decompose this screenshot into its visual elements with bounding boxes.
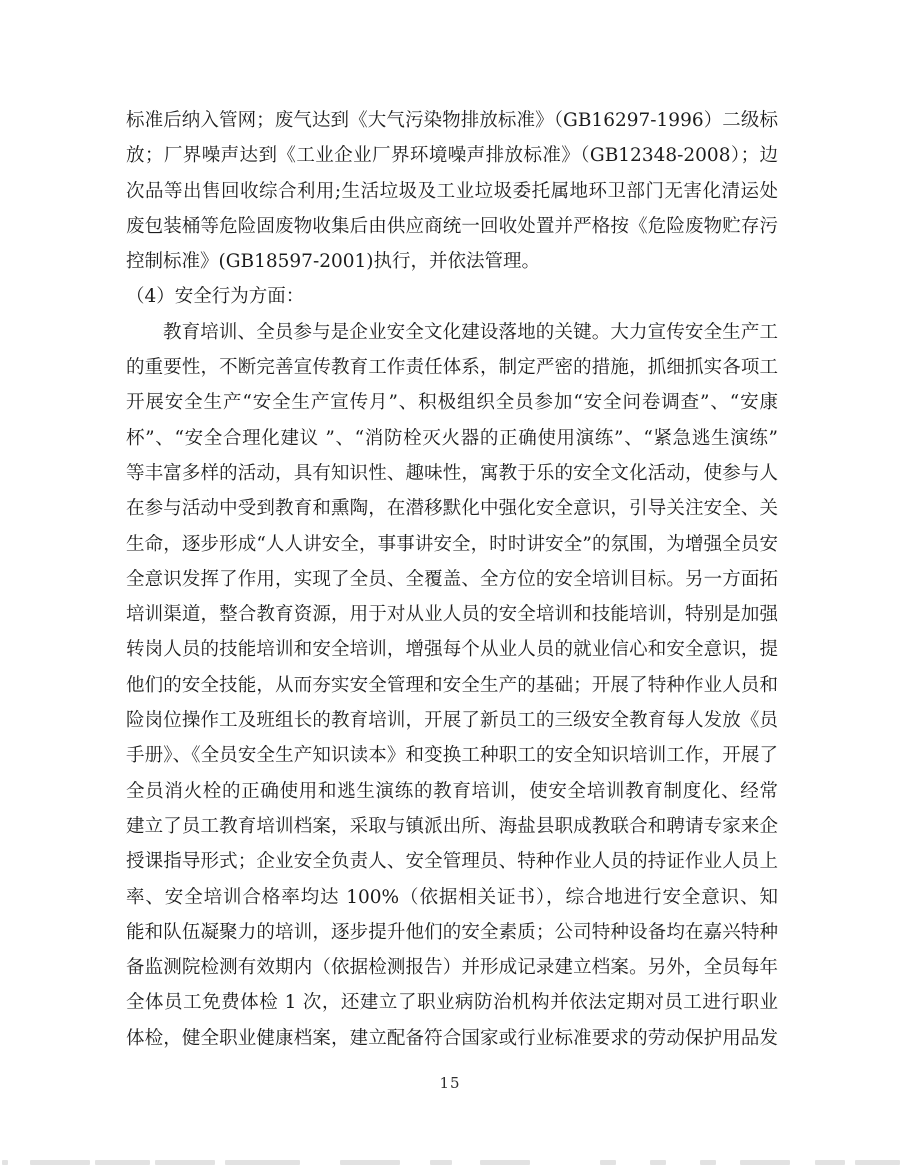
- text-line: 手册》、《全员安全生产知识读本》和变换工种职工的安全知识培训工作，开展了: [126, 738, 778, 773]
- text-line: 建立了员工教育培训档案，采取与镇派出所、海盐县职成教联合和聘请专家来企业: [126, 809, 778, 844]
- text-line: 等丰富多样的活动，具有知识性、趣味性，寓教于乐的安全文化活动，使参与人员: [126, 456, 778, 491]
- text-line: 开展安全生产“安全生产宣传月”、积极组织全员参加“安全问卷调查”、“安康: [126, 385, 778, 420]
- text-line: 生命，逐步形成“人人讲安全，事事讲安全，时时讲安全”的氛围，为增强全员安: [126, 527, 778, 562]
- text-line: 率、安全培训合格率均达 100%（依据相关证书），综合地进行安全意识、知识、技: [126, 880, 778, 915]
- text-line: 能和队伍凝聚力的培训，逐步提升他们的安全素质；公司特种设备均在嘉兴特种设: [126, 915, 778, 950]
- text-line: 授课指导形式；企业安全负责人、安全管理员、特种作业人员的持证作业人员上岗: [126, 844, 778, 879]
- text-line: 废包装桶等危险固废物收集后由供应商统一回收处置并严格按《危险废物贮存污染: [126, 209, 778, 244]
- text-line: 转岗人员的技能培训和安全培训，增强每个从业人员的就业信心和安全意识，提高: [126, 632, 778, 667]
- text-line: 教育培训、全员参与是企业安全文化建设落地的关键。大力宣传安全生产工作: [126, 315, 778, 350]
- text-line: 在参与活动中受到教育和熏陶，在潜移默化中强化安全意识，引导关注安全、关爱: [126, 491, 778, 526]
- text-line: 的重要性，不断完善宣传教育工作责任体系，制定严密的措施，抓细抓实各项工作，: [126, 350, 778, 385]
- text-line: 标准后纳入管网；废气达到《大气污染物排放标准》（GB16297-1996）二级标…: [126, 103, 778, 138]
- scan-artifact: [0, 1159, 900, 1165]
- text-line: 全体员工免费体检 1 次，还建立了职业病防治机构并依法定期对员工进行职业健康: [126, 985, 778, 1020]
- text-line: 他们的安全技能，从而夯实安全管理和安全生产的基础；开展了特种作业人员和危: [126, 668, 778, 703]
- text-line: 次品等出售回收综合利用;生活垃圾及工业垃圾委托属地环卫部门无害化清运处置。: [126, 174, 778, 209]
- text-line: 备监测院检测有效期内（依据检测报告）并形成记录建立档案。另外，全员每年为: [126, 950, 778, 985]
- text-line: 控制标准》(GB18597-2001)执行，并依法管理。: [126, 244, 778, 279]
- text-line: 全意识发挥了作用，实现了全员、全覆盖、全方位的安全培训目标。另一方面拓宽: [126, 562, 778, 597]
- section-heading: （4）安全行为方面：: [126, 279, 778, 314]
- text-line: 杯”、“安全合理化建议 ”、“消防栓灭火器的正确使用演练”、“紧急逃生演练”: [126, 421, 778, 456]
- text-line: 培训渠道，整合教育资源，用于对从业人员的安全培训和技能培训，特别是加强对: [126, 597, 778, 632]
- text-line: 全员消火栓的正确使用和逃生演练的教育培训，使安全培训教育制度化、经常化，: [126, 774, 778, 809]
- text-line: 体检，健全职业健康档案，建立配备符合国家或行业标准要求的劳动保护用品发放: [126, 1021, 778, 1056]
- text-line: 放；厂界噪声达到《工业企业厂界环境噪声排放标准》（GB12348-2008）；边…: [126, 138, 778, 173]
- page-number: 15: [0, 1074, 900, 1092]
- text-line: 险岗位操作工及班组长的教育培训，开展了新员工的三级安全教育每人发放《员工: [126, 703, 778, 738]
- body-text: 标准后纳入管网；废气达到《大气污染物排放标准》（GB16297-1996）二级标…: [126, 103, 778, 1056]
- document-page: 标准后纳入管网；废气达到《大气污染物排放标准》（GB16297-1996）二级标…: [0, 0, 900, 1165]
